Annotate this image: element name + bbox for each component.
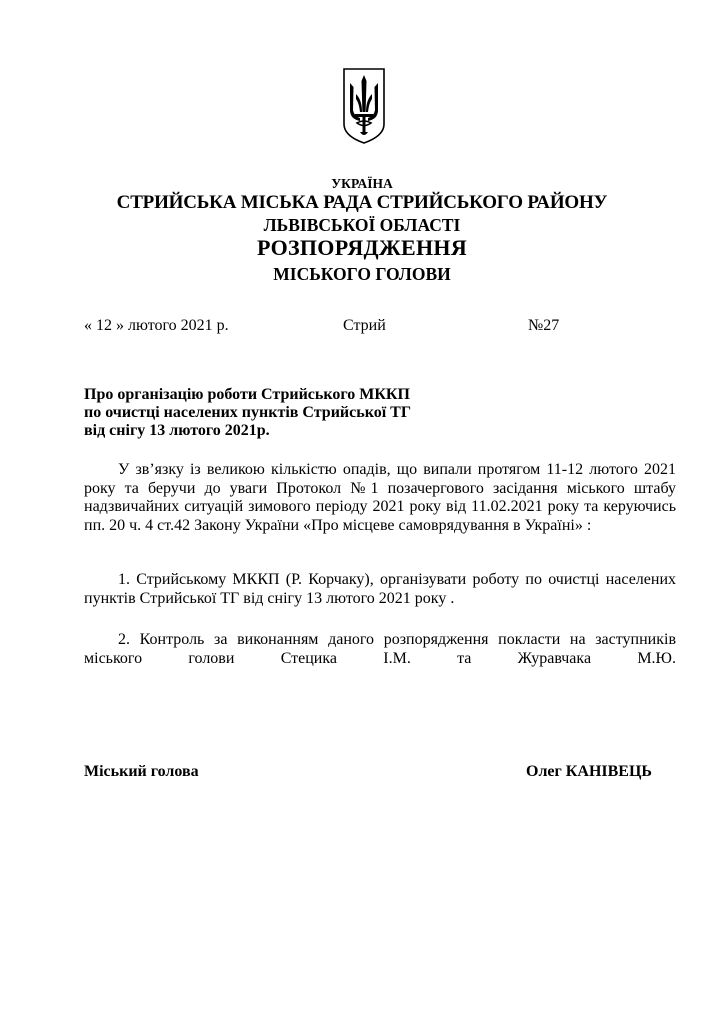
signatory-name: Олег КАНІВЕЦЬ [526, 763, 652, 781]
document-city: Стрий [343, 317, 386, 335]
paragraph-line-spread: міського голови Стецика І.М. та Журавчак… [84, 650, 676, 669]
order-item-2: 2. Контроль за виконанням даного розпоря… [84, 631, 676, 668]
intro-paragraph: У зв’язку із великою кількістю опадів, щ… [84, 461, 676, 535]
document-date: « 12 » лютого 2021 р. [84, 317, 229, 335]
paragraph-line: пп. 20 ч. 4 ст.42 Закону України «Про мі… [84, 517, 676, 536]
word: Журавчака [518, 650, 591, 669]
region-heading: ЛЬВІВСЬКОЇ ОБЛАСТІ [0, 215, 724, 236]
document-number: №27 [528, 317, 559, 335]
document-subject: Про організацію роботи Стрийського МККП … [84, 386, 411, 440]
word: та [457, 650, 471, 669]
paragraph-line: року та беручи до уваги Протокол №1 поза… [84, 480, 676, 499]
paragraph-line: У зв’язку із великою кількістю опадів, щ… [84, 461, 676, 480]
subject-line: Про організацію роботи Стрийського МККП [84, 386, 411, 404]
word: Стецика [281, 650, 337, 669]
issuer-heading: МІСЬКОГО ГОЛОВИ [0, 264, 724, 285]
trident-coat-of-arms-icon [341, 66, 387, 146]
order-item-1: 1. Стрийському МККП (Р. Корчаку), органі… [84, 571, 676, 608]
subject-line: по очистці населених пунктів Стрийської … [84, 404, 411, 422]
word: І.М. [383, 650, 411, 669]
country-heading: УКРАЇНА [0, 176, 724, 192]
signatory-title: Міський голова [84, 763, 199, 781]
paragraph-line: 2. Контроль за виконанням даного розпоря… [84, 631, 676, 650]
paragraph-line: надзвичайних ситуацій зимового періоду 2… [84, 498, 676, 517]
word: міського [84, 650, 142, 669]
word: голови [188, 650, 234, 669]
word: М.Ю. [637, 650, 676, 669]
paragraph-line: 1. Стрийському МККП (Р. Корчаку), органі… [84, 571, 676, 590]
subject-line: від снігу 13 лютого 2021р. [84, 422, 411, 440]
council-heading: СТРИЙСЬКА МІСЬКА РАДА СТРИЙСЬКОГО РАЙОНУ [0, 192, 724, 214]
document-type-heading: РОЗПОРЯДЖЕННЯ [0, 235, 724, 261]
paragraph-line: пунктів Стрийської ТГ від снігу 13 лютог… [84, 590, 676, 609]
